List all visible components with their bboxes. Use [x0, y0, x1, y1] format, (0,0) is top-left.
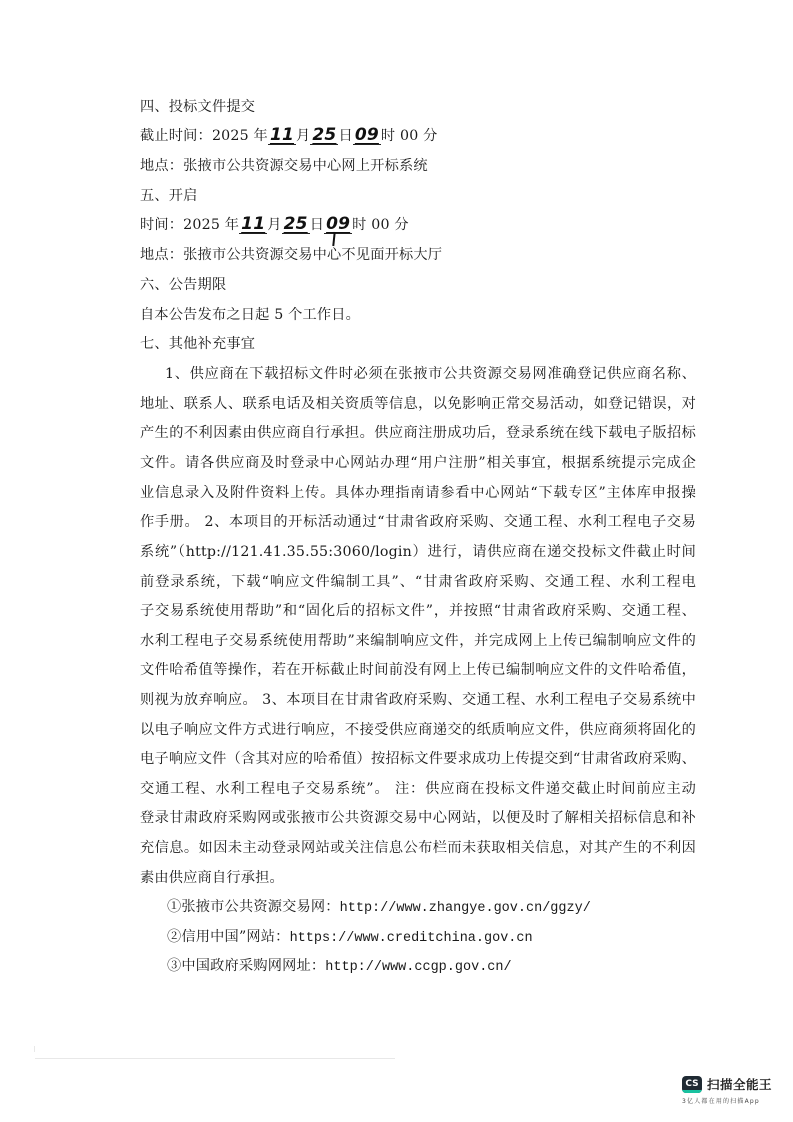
- paragraph-line: 充信息。如因未主动登录网站或关注信息公布栏而未获取相关信息，对其产生的不利因: [140, 838, 696, 858]
- section5-heading: 五、开启: [140, 186, 198, 206]
- scan-artifact-line: [35, 1058, 395, 1059]
- paragraph-line: 产生的不利因素由供应商自行承担。供应商注册成功后，登录系统在线下载电子版招标: [140, 423, 696, 443]
- link-creditchina: ②信用中国”网站：https://www.creditchina.gov.cn: [167, 927, 533, 949]
- paragraph-line: 前登录系统，下载“响应文件编制工具”、“甘肃省政府采购、交通工程、水利工程电: [140, 572, 696, 592]
- section5-time: 时间：2025 年11月25日09时 00 分: [140, 215, 409, 235]
- time-label: 时间：2025 年: [140, 217, 239, 233]
- handwritten-day: 25: [310, 127, 338, 143]
- section6-heading: 六、公告期限: [140, 275, 226, 295]
- link-zhangye: ①张掖市公共资源交易网：http://www.zhangye.gov.cn/gg…: [167, 897, 591, 919]
- paragraph-line: 则视为放弃响应。 3、本项目在甘肃省政府采购、交通工程、水利工程电子交易系统中: [140, 690, 696, 710]
- camscanner-watermark: CS 扫描全能王 3亿人都在用的扫描App: [682, 1075, 787, 1105]
- paragraph-line: 交通工程、水利工程电子交易系统”。 注：供应商在投标文件递交截止时间前应主动: [140, 779, 696, 799]
- link-label: ③中国政府采购网网址：: [167, 958, 325, 974]
- paragraph-line: 作手册。 2、本项目的开标活动通过“甘肃省政府采购、交通工程、水利工程电子交易: [140, 512, 696, 532]
- paragraph-line: 水利工程电子交易系统使用帮助”来编制响应文件，并完成网上上传已编制响应文件的: [140, 631, 696, 651]
- link-label: ②信用中国”网站：: [167, 929, 290, 945]
- section6-text: 自本公告发布之日起 5 个工作日。: [140, 305, 360, 325]
- link-url: http://www.zhangye.gov.cn/ggzy/: [340, 901, 591, 916]
- handwritten-hour: 09: [324, 216, 352, 232]
- paragraph-line: 1、供应商在下载招标文件时必须在张掖市公共资源交易网准确登记供应商名称、: [165, 364, 696, 384]
- paragraph-line: 登录甘肃政府采购网或张掖市公共资源交易中心网站，以便及时了解相关招标信息和补: [140, 808, 696, 828]
- link-label: ①张掖市公共资源交易网：: [167, 899, 340, 915]
- paragraph-line: 以电子响应文件方式进行响应，不接受供应商递交的纸质响应文件，供应商须将固化的: [140, 720, 696, 740]
- day-unit: 日: [310, 217, 324, 233]
- handwritten-month: 11: [239, 216, 267, 232]
- section4-location: 地点：张掖市公共资源交易中心网上开标系统: [140, 156, 428, 176]
- paragraph-line: 业信息录入及附件资料上传。具体办理指南请参看中心网站“下载专区”主体库申报操: [140, 483, 696, 503]
- hour-suffix: 时 00 分: [381, 128, 438, 144]
- handwritten-month: 11: [268, 127, 296, 143]
- paragraph-line: 子交易系统使用帮助”和“固化后的招标文件”，并按照“甘肃省政府采购、交通工程、: [140, 601, 696, 621]
- link-ccgp: ③中国政府采购网网址：http://www.ccgp.gov.cn/: [167, 956, 512, 978]
- camscanner-logo-icon: CS: [682, 1076, 702, 1093]
- hour-suffix: 时 00 分: [352, 217, 409, 233]
- handwritten-day: 25: [282, 216, 310, 232]
- link-url: https://www.creditchina.gov.cn: [290, 931, 533, 946]
- paragraph-line: 文件。请各供应商及时登录中心网站办理“用户注册”相关事宜，根据系统提示完成企: [140, 453, 696, 473]
- deadline-label: 截止时间：2025 年: [140, 128, 268, 144]
- link-url: http://www.ccgp.gov.cn/: [325, 960, 511, 975]
- watermark-title: 扫描全能王: [707, 1075, 772, 1093]
- paragraph-line: 系统”（http://121.41.35.55:3060/login）进行，请供…: [140, 542, 696, 562]
- section4-heading: 四、投标文件提交: [140, 97, 255, 117]
- month-unit: 月: [267, 217, 281, 233]
- paragraph-line: 文件哈希值等操作，若在开标截止时间前没有网上上传已编制响应文件的文件哈希值，: [140, 660, 696, 680]
- watermark-subtitle: 3亿人都在用的扫描App: [682, 1096, 787, 1105]
- paragraph-line: 素由供应商自行承担。: [140, 868, 696, 888]
- scan-artifact-mark: [34, 1046, 35, 1052]
- paragraph-line: 电子响应文件（含其对应的哈希值）按招标文件要求成功上传提交到“甘肃省政府采购、: [140, 749, 696, 769]
- scanned-document-page: 四、投标文件提交 截止时间：2025 年11月25日09时 00 分 地点：张掖…: [0, 0, 793, 1122]
- section5-location: 地点：张掖市公共资源交易中心不见面开标大厅: [140, 245, 442, 265]
- month-unit: 月: [296, 128, 310, 144]
- section7-heading: 七、其他补充事宜: [140, 334, 255, 354]
- section4-deadline: 截止时间：2025 年11月25日09时 00 分: [140, 126, 438, 146]
- handwritten-hour: 09: [353, 127, 381, 143]
- paragraph-line: 地址、联系人、联系电话及相关资质等信息，以免影响正常交易活动，如登记错误，对: [140, 394, 696, 414]
- day-unit: 日: [338, 128, 352, 144]
